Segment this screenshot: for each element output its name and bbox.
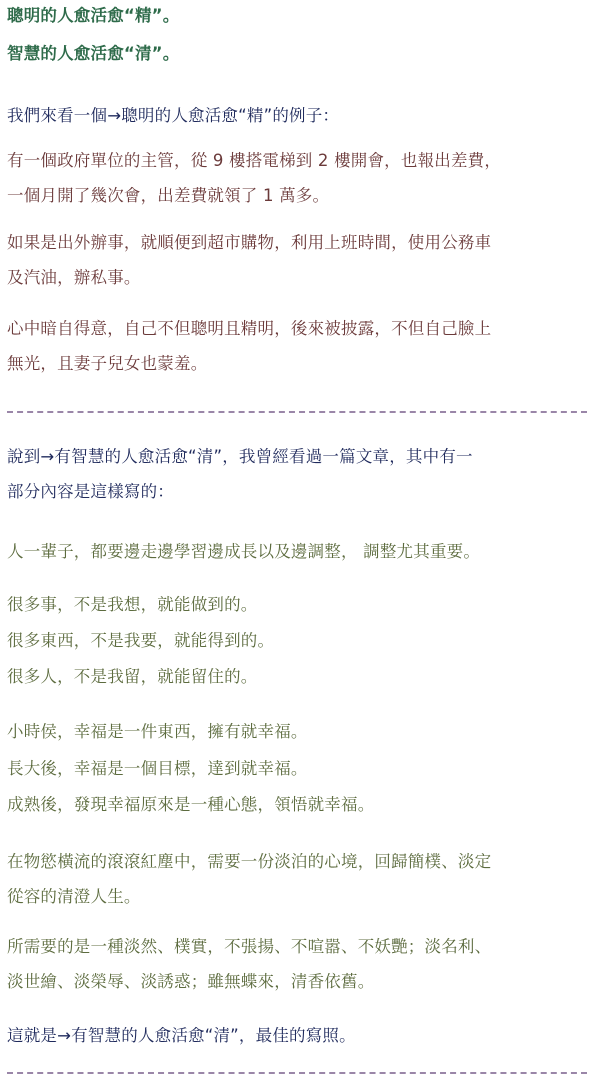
section2-intro-line2: 部分內容是這樣寫的： <box>7 482 174 502</box>
quote3-line2: 長大後，幸福是一個目標，達到就幸福。 <box>7 759 308 779</box>
quote2-line3: 很多人，不是我留，就能留住的。 <box>7 667 258 687</box>
quote2-line2: 很多東西，不是我要，就能得到的。 <box>7 631 274 651</box>
bottom-divider <box>7 1072 587 1074</box>
example3-line2: 無光，且妻子兒女也蒙羞。 <box>7 354 207 374</box>
example1-line2: 一個月開了幾次會，出差費就領了 1 萬多。 <box>7 186 329 206</box>
quote3-line1: 小時侯，幸福是一件東西，擁有就幸福。 <box>7 722 308 742</box>
section1-intro: 我們來看一個→聰明的人愈活愈“精”的例子： <box>7 106 339 126</box>
quote3-line3: 成熟後，發現幸福原來是一種心態，領悟就幸福。 <box>7 795 374 815</box>
quote4-line1: 在物慾橫流的滾滾紅塵中，需要一份淡泊的心境，回歸簡樸、淡定 <box>7 852 491 872</box>
section2-intro-line1: 說到→有智慧的人愈活愈“清”，我曾經看過一篇文章，其中有一 <box>7 447 473 467</box>
section-divider <box>7 411 587 413</box>
quote5-line2: 淡世繪、淡榮辱、淡誘惑；雖無蝶來，清香依舊。 <box>7 972 374 992</box>
example1-line1: 有一個政府單位的主管，從 9 樓搭電梯到 2 樓開會，也報出差費， <box>7 151 501 171</box>
quote5-line1: 所需要的是一種淡然、樸實，不張揚、不喧嚣、不妖艷；淡名利、 <box>7 937 491 957</box>
conclusion: 這就是→有智慧的人愈活愈“清”，最佳的寫照。 <box>7 1026 356 1046</box>
example3-line1: 心中暗自得意，自己不但聰明且精明，後來被披露，不但自己臉上 <box>7 319 491 339</box>
example2-line1: 如果是出外辦事，就順便到超市購物，利用上班時間，使用公務車 <box>7 233 491 253</box>
quote4-line2: 從容的清澄人生。 <box>7 887 141 907</box>
example2-line2: 及汽油，辦私事。 <box>7 268 141 288</box>
quote2-line1: 很多事，不是我想，就能做到的。 <box>7 595 258 615</box>
heading-smart: 聰明的人愈活愈“精”。 <box>7 6 179 26</box>
heading-wise: 智慧的人愈活愈“清”。 <box>7 44 179 64</box>
quote1: 人一輩子，都要邊走邊學習邊成長以及邊調整， 調整尤其重要。 <box>7 542 480 562</box>
